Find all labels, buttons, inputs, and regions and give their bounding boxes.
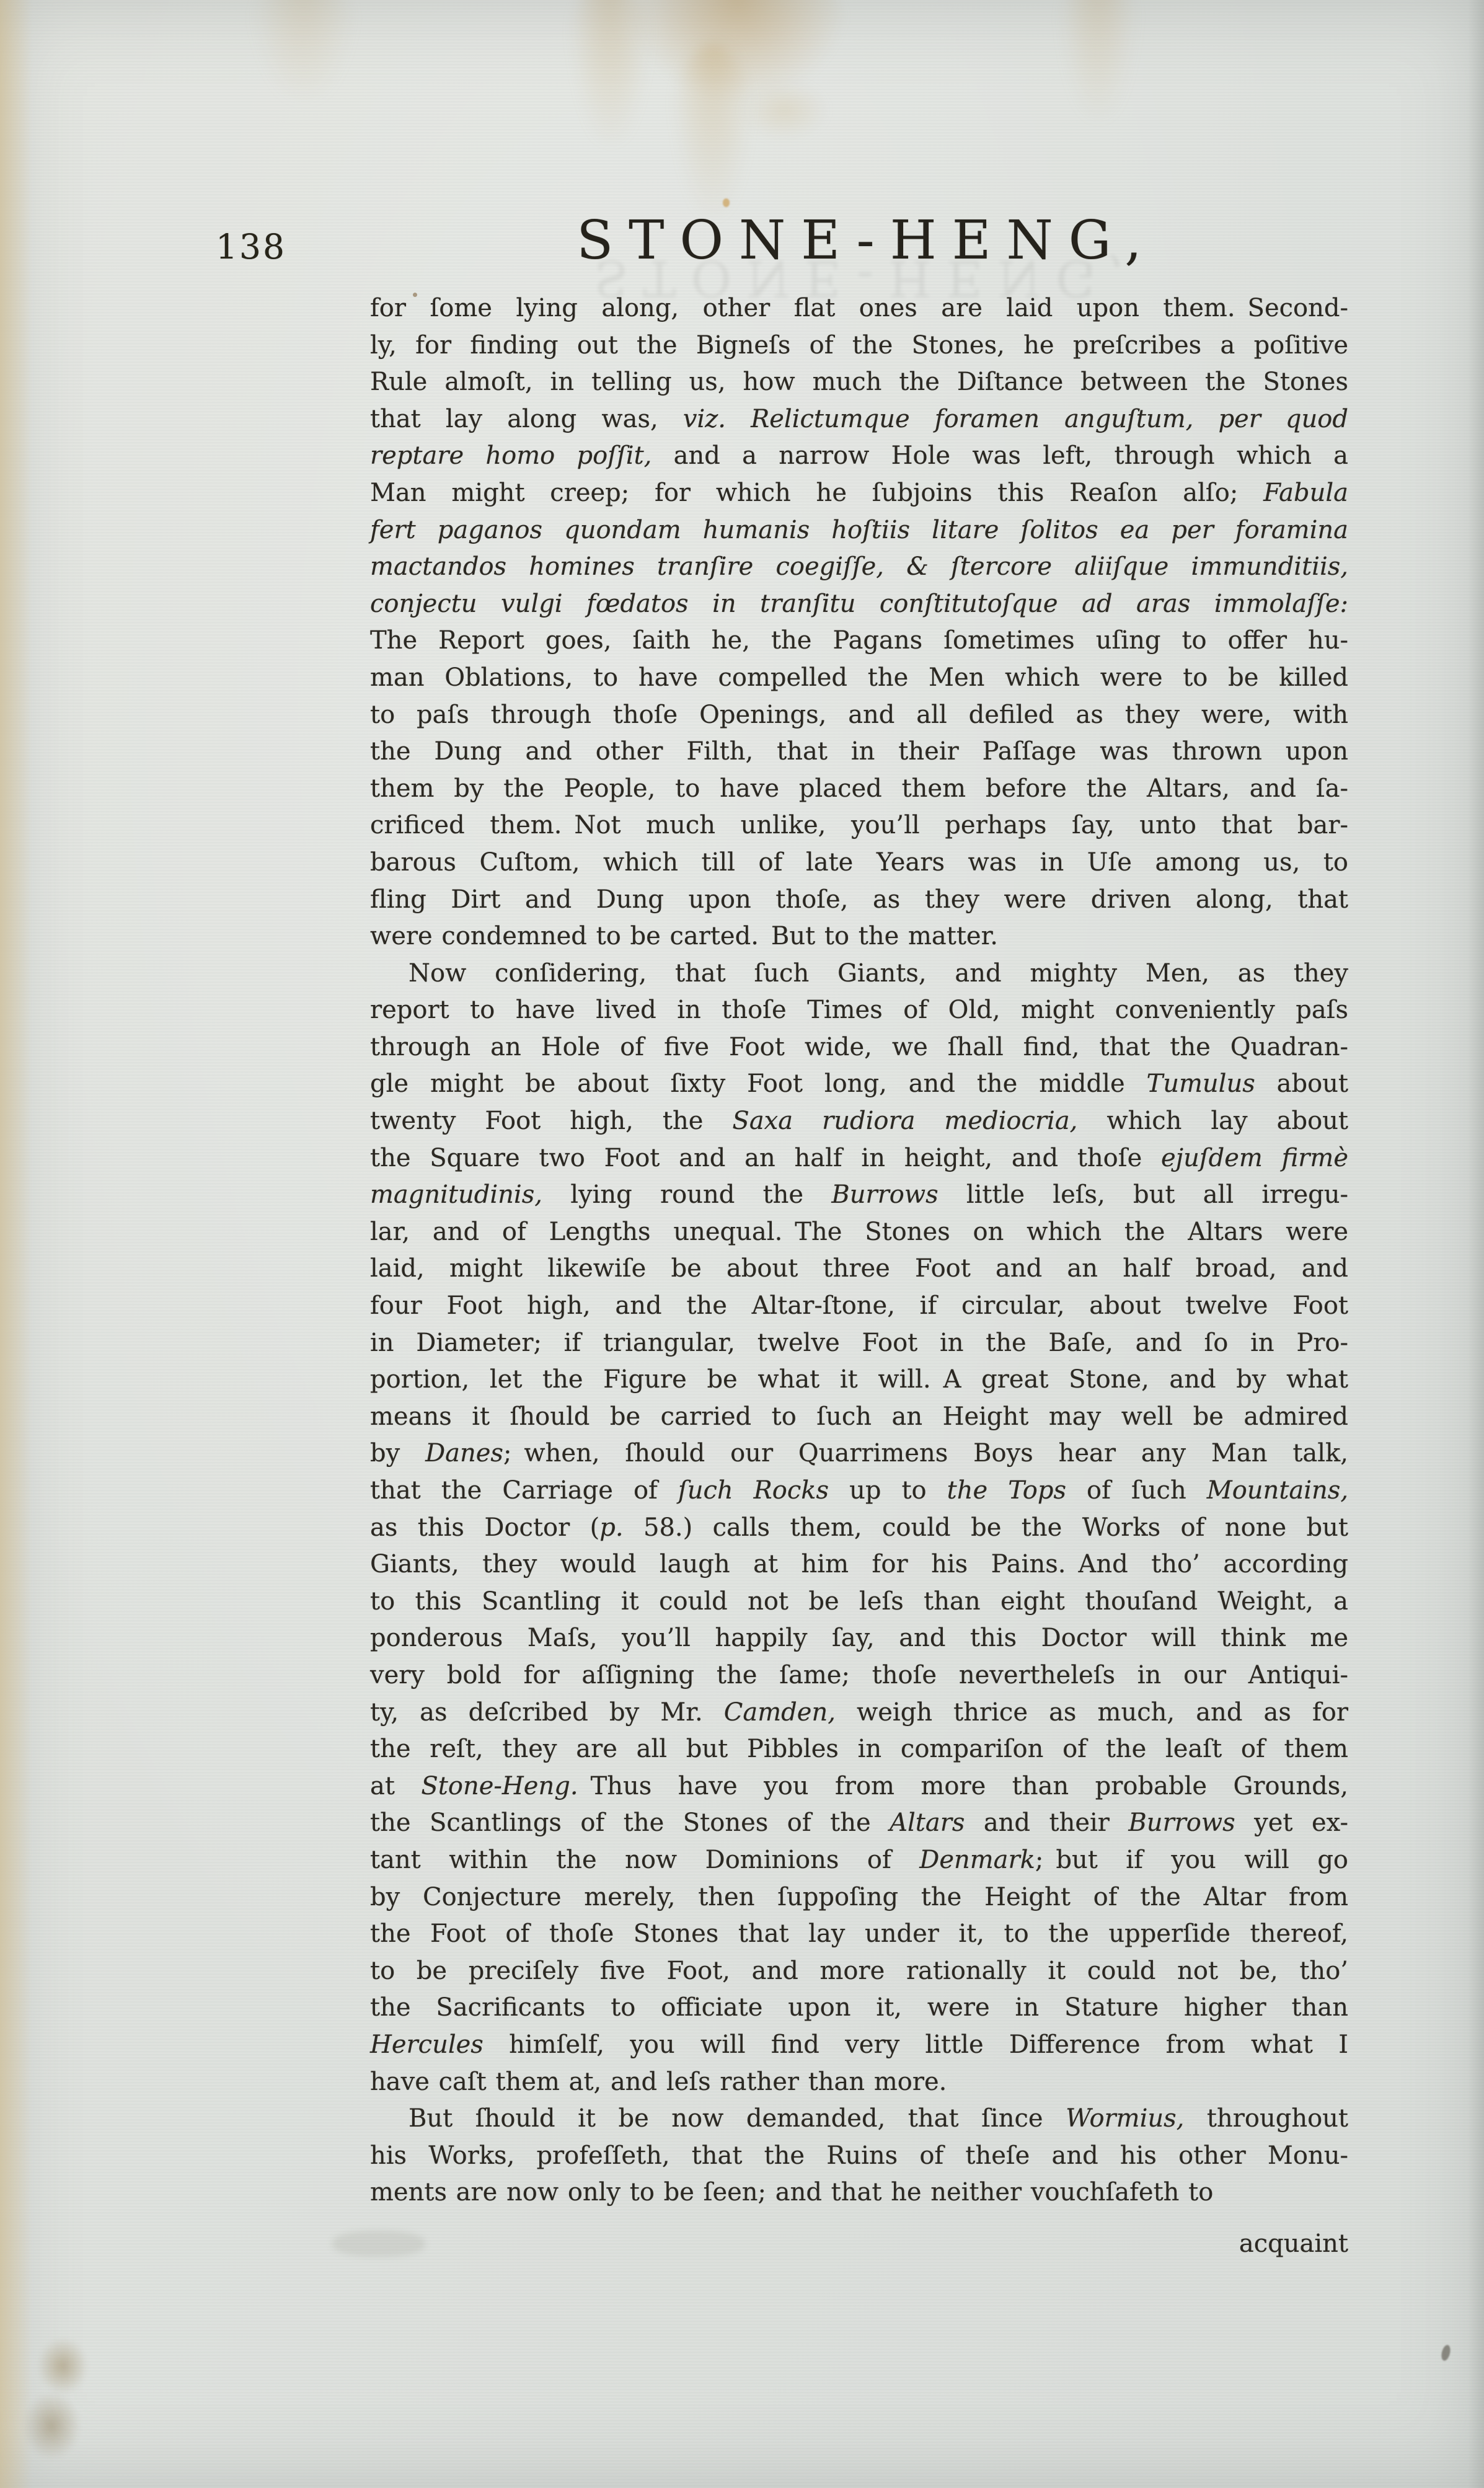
- text-segment: ; when, ſhould our Quarrimens Boys hear …: [503, 1439, 1348, 1468]
- foxing-spot: [37, 2337, 88, 2394]
- page-number: 138: [216, 227, 286, 267]
- text-segment: through an Hole of five Foot wide, we ſh…: [370, 1033, 1348, 1061]
- text-line: to this Scantling it could not be leſs t…: [370, 1583, 1348, 1621]
- text-line: ty, as deſcribed by Mr. Camden, weigh th…: [370, 1694, 1348, 1732]
- text-segment: Thus have you from more than probable Gr…: [578, 1772, 1348, 1800]
- italic-text-segment: Burrows: [831, 1180, 938, 1209]
- text-line: Hercules himſelf, you will find very lit…: [370, 2027, 1348, 2064]
- text-segment: four Foot high, and the Altar-ſtone, if …: [370, 1291, 1348, 1320]
- text-line: the reſt, they are all but Pibbles in co…: [370, 1731, 1348, 1768]
- text-line: magnitudinis, lying round the Burrows li…: [370, 1177, 1348, 1214]
- text-segment: Rule almoſt, in telling us, how much the…: [370, 368, 1348, 396]
- italic-text-segment: magnitudinis,: [370, 1180, 542, 1209]
- text-segment: the Square two Foot and an half in heigh…: [370, 1144, 1161, 1172]
- text-segment: lying round the: [542, 1180, 831, 1209]
- text-line: to paſs through thoſe Openings, and all …: [370, 697, 1348, 734]
- text-segment: ; but if you will go: [1035, 1846, 1348, 1874]
- text-segment: man Oblations, to have compelled the Men…: [370, 663, 1348, 692]
- text-segment: to this Scantling it could not be leſs t…: [370, 1587, 1348, 1616]
- text-segment: report to have lived in thoſe Times of O…: [370, 996, 1348, 1024]
- text-segment: at: [370, 1772, 421, 1800]
- text-line: conjectu vulgi fœdatos in tranſitu conſt…: [370, 586, 1348, 623]
- text-segment: of ſuch: [1066, 1476, 1207, 1505]
- italic-text-segment: Burrows: [1128, 1808, 1235, 1837]
- stain-streak-mid: [570, 0, 651, 143]
- text-line: the Scantlings of the Stones of the Alta…: [370, 1805, 1348, 1842]
- text-segment: have caſt them at, and leſs rather than …: [370, 2068, 947, 2096]
- text-line: fert paganos quondam humanis hoſtiis lit…: [370, 512, 1348, 549]
- text-segment: by: [370, 1439, 425, 1468]
- text-segment: to paſs through thoſe Openings, and all …: [370, 701, 1348, 729]
- text-line: his Works, profeſſeth, that the Ruins of…: [370, 2138, 1348, 2175]
- text-segment: But ſhould it be now demanded, that ſinc…: [409, 2104, 1066, 2133]
- text-segment: the Scantlings of the Stones of the: [370, 1808, 890, 1837]
- text-line: for ſome lying along, other flat ones ar…: [370, 290, 1348, 327]
- text-line: the Sacrificants to officiate upon it, w…: [370, 1990, 1348, 2027]
- italic-text-segment: Danes: [425, 1439, 503, 1468]
- italic-text-segment: Fabula: [1263, 479, 1348, 507]
- text-segment: the reſt, they are all but Pibbles in co…: [370, 1735, 1348, 1763]
- italic-text-segment: viz. Relictumque foramen anguſtum, per q…: [683, 405, 1348, 433]
- text-segment: the Dung and other Filth, that in their …: [370, 737, 1348, 766]
- text-segment: in Diameter; if triangular, twelve Foot …: [370, 1329, 1348, 1357]
- text-segment: portion, let the Figure be what it will.…: [370, 1365, 1348, 1394]
- page-edge-left-shading: [0, 0, 32, 2488]
- text-segment: them by the People, to have placed them …: [370, 774, 1348, 803]
- text-segment: barous Cuſtom, which till of late Years …: [370, 848, 1348, 877]
- italic-text-segment: Denmark: [919, 1846, 1035, 1874]
- text-segment: tant within the now Dominions of: [370, 1846, 919, 1874]
- text-line: ponderous Maſs, you’ll happily ſay, and …: [370, 1620, 1348, 1657]
- text-line: report to have lived in thoſe Times of O…: [370, 992, 1348, 1029]
- text-line: have caſt them at, and leſs rather than …: [370, 2064, 1348, 2101]
- text-line: tant within the now Dominions of Denmark…: [370, 1842, 1348, 1879]
- italic-text-segment: Mountains,: [1207, 1476, 1348, 1505]
- text-line: in Diameter; if triangular, twelve Foot …: [370, 1325, 1348, 1362]
- page-edge-right-shading: [1468, 0, 1484, 2488]
- text-line: fling Dirt and Dung upon thoſe, as they …: [370, 882, 1348, 919]
- text-line: by Danes; when, ſhould our Quarrimens Bo…: [370, 1435, 1348, 1472]
- stain-top-drip: [673, 43, 753, 217]
- text-segment: himſelf, you will find very little Diffe…: [484, 2030, 1348, 2059]
- text-segment: weigh thrice as much, and as for: [836, 1698, 1348, 1727]
- text-line: means it ſhould be carried to ſuch an He…: [370, 1399, 1348, 1436]
- text-segment: his Works, profeſſeth, that the Ruins of…: [370, 2141, 1348, 2170]
- italic-text-segment: Hercules: [370, 2030, 484, 2059]
- italic-text-segment: the Tops: [947, 1476, 1066, 1505]
- stain-blob: [741, 81, 828, 139]
- text-line: mactandos homines tranſire coegiſſe, & ſ…: [370, 549, 1348, 586]
- text-segment: 58.) calls them, could be the Works of n…: [624, 1513, 1348, 1542]
- text-segment: very bold for aſſigning the ſame; thoſe …: [370, 1661, 1348, 1689]
- text-segment: which lay about: [1077, 1107, 1348, 1135]
- stain-top-center: [629, 0, 846, 99]
- book-page: 138 STONE-HENG, STONE-HENG, for ſome lyi…: [0, 0, 1484, 2488]
- italic-text-segment: Saxa rudiora mediocria,: [732, 1107, 1077, 1135]
- italic-text-segment: ejuſdem firmè: [1161, 1144, 1348, 1172]
- text-segment: and their: [965, 1808, 1128, 1837]
- text-line: at Stone-Heng. Thus have you from more t…: [370, 1768, 1348, 1805]
- text-segment: about: [1255, 1069, 1348, 1098]
- text-line: to be preciſely five Foot, and more rati…: [370, 1953, 1348, 1990]
- text-line: lar, and of Lengths unequal. The Stones …: [370, 1214, 1348, 1251]
- text-segment: were condemned to be carted. But to the …: [370, 922, 998, 950]
- text-line: gle might be about ſixty Foot long, and …: [370, 1066, 1348, 1103]
- text-line: ly, for finding out the Bigneſs of the S…: [370, 327, 1348, 365]
- text-segment: laid, might likewiſe be about three Foot…: [370, 1254, 1348, 1283]
- text-segment: by Conjecture merely, then ſuppoſing the…: [370, 1883, 1348, 1911]
- text-segment: The Report goes, ſaith he, the Pagans ſo…: [370, 626, 1348, 655]
- text-line: twenty Foot high, the Saxa rudiora medio…: [370, 1103, 1348, 1140]
- text-segment: Man might creep; for which he ſubjoins t…: [370, 479, 1263, 507]
- italic-text-segment: p.: [599, 1513, 623, 1542]
- text-line: laid, might likewiſe be about three Foot…: [370, 1251, 1348, 1288]
- foxing-spot: [22, 2392, 81, 2460]
- text-segment: Now conſidering, that ſuch Giants, and m…: [409, 959, 1348, 988]
- stain-streak-right: [1061, 0, 1136, 118]
- italic-text-segment: conjectu vulgi fœdatos in tranſitu conſt…: [370, 590, 1348, 618]
- ink-fleck: [1440, 2344, 1452, 2362]
- text-line: that the Carriage of ſuch Rocks up to th…: [370, 1472, 1348, 1510]
- text-segment: that the Carriage of: [370, 1476, 678, 1505]
- text-segment: throughout: [1184, 2104, 1348, 2133]
- text-segment: fling Dirt and Dung upon thoſe, as they …: [370, 885, 1348, 914]
- text-segment: means it ſhould be carried to ſuch an He…: [370, 1402, 1348, 1431]
- text-line: Giants, they would laugh at him for his …: [370, 1546, 1348, 1583]
- text-line: them by the People, to have placed them …: [370, 771, 1348, 808]
- text-line: barous Cuſtom, which till of late Years …: [370, 844, 1348, 882]
- text-line: the Dung and other Filth, that in their …: [370, 733, 1348, 771]
- text-segment: for ſome lying along, other flat ones ar…: [370, 294, 1348, 322]
- text-line: that lay along was, viz. Relictumque for…: [370, 401, 1348, 438]
- text-line: The Report goes, ſaith he, the Pagans ſo…: [370, 622, 1348, 660]
- text-segment: the Sacrificants to officiate upon it, w…: [370, 1993, 1348, 2022]
- text-segment: as this Doctor (: [370, 1513, 599, 1542]
- italic-text-segment: Camden,: [724, 1698, 836, 1727]
- text-segment: Giants, they would laugh at him for his …: [370, 1550, 1348, 1578]
- text-segment: crificed them. Not much unlike, you’ll p…: [370, 811, 1348, 839]
- text-segment: little leſs, but all irregu-: [939, 1180, 1348, 1209]
- text-line: very bold for aſſigning the ſame; thoſe …: [370, 1657, 1348, 1694]
- italic-text-segment: fert paganos quondam humanis hoſtiis lit…: [370, 516, 1348, 544]
- catchword: acquaint: [370, 2229, 1348, 2258]
- text-segment: to be preciſely five Foot, and more rati…: [370, 1957, 1348, 1985]
- italic-text-segment: Wormius,: [1066, 2104, 1184, 2133]
- italic-text-segment: Stone-Heng.: [421, 1772, 578, 1800]
- text-line: the Square two Foot and an half in heigh…: [370, 1140, 1348, 1177]
- text-line: as this Doctor (p. 58.) calls them, coul…: [370, 1510, 1348, 1547]
- text-line: crificed them. Not much unlike, you’ll p…: [370, 807, 1348, 844]
- text-line: ments are now only to be ſeen; and that …: [370, 2174, 1348, 2211]
- text-segment: ments are now only to be ſeen; and that …: [370, 2178, 1213, 2207]
- text-segment: and a narrow Hole was left, through whic…: [651, 441, 1348, 470]
- text-line: man Oblations, to have compelled the Men…: [370, 660, 1348, 697]
- stain-streak-left: [254, 0, 353, 99]
- text-segment: ty, as deſcribed by Mr.: [370, 1698, 724, 1727]
- body-text-block: for ſome lying along, other flat ones ar…: [370, 290, 1348, 2211]
- text-segment: the Foot of thoſe Stones that lay under …: [370, 1919, 1348, 1948]
- text-segment: ly, for finding out the Bigneſs of the S…: [370, 331, 1348, 360]
- text-segment: lar, and of Lengths unequal. The Stones …: [370, 1218, 1348, 1246]
- running-header: STONE-HENG,: [370, 210, 1348, 272]
- text-segment: twenty Foot high, the: [370, 1107, 732, 1135]
- text-segment: ponderous Maſs, you’ll happily ſay, and …: [370, 1624, 1348, 1652]
- text-line: But ſhould it be now demanded, that ſinc…: [370, 2101, 1348, 2138]
- text-line: four Foot high, and the Altar-ſtone, if …: [370, 1288, 1348, 1325]
- italic-text-segment: Tumulus: [1147, 1069, 1255, 1098]
- italic-text-segment: Altars: [890, 1808, 965, 1837]
- text-line: reptare homo poſſit, and a narrow Hole w…: [370, 438, 1348, 475]
- italic-text-segment: ſuch Rocks: [678, 1476, 829, 1505]
- text-line: the Foot of thoſe Stones that lay under …: [370, 1916, 1348, 1953]
- text-line: Rule almoſt, in telling us, how much the…: [370, 364, 1348, 401]
- text-line: Man might creep; for which he ſubjoins t…: [370, 475, 1348, 512]
- text-line: through an Hole of five Foot wide, we ſh…: [370, 1029, 1348, 1066]
- text-segment: gle might be about ſixty Foot long, and …: [370, 1069, 1147, 1098]
- italic-text-segment: mactandos homines tranſire coegiſſe, & ſ…: [370, 552, 1348, 581]
- text-line: by Conjecture merely, then ſuppoſing the…: [370, 1879, 1348, 1916]
- text-segment: yet ex-: [1235, 1808, 1348, 1837]
- text-segment: up to: [829, 1476, 947, 1505]
- paper-speck: [723, 198, 730, 207]
- text-line: were condemned to be carted. But to the …: [370, 918, 1348, 955]
- text-line: portion, let the Figure be what it will.…: [370, 1361, 1348, 1399]
- text-segment: that lay along was,: [370, 405, 683, 433]
- italic-text-segment: reptare homo poſſit,: [370, 441, 651, 470]
- text-line: Now conſidering, that ſuch Giants, and m…: [370, 955, 1348, 993]
